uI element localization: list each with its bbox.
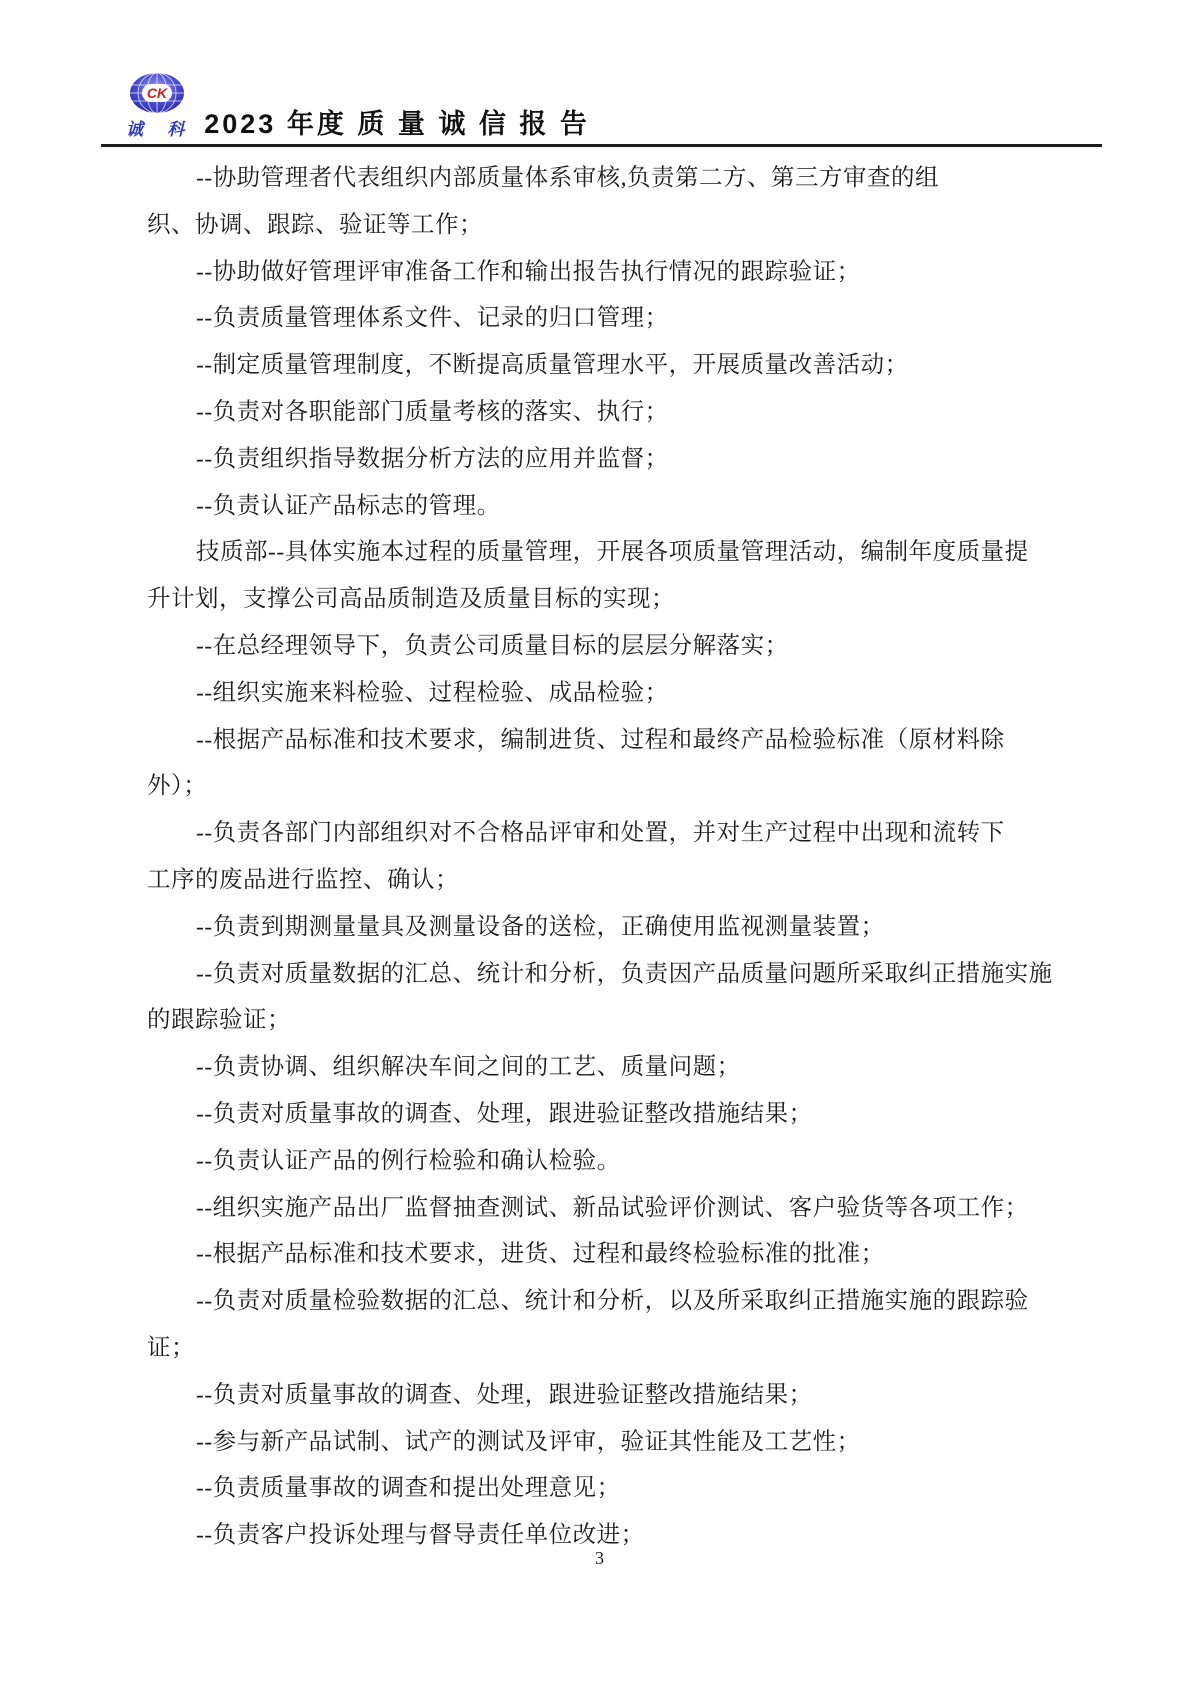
body-line: 工序的废品进行监控、确认； bbox=[147, 857, 1161, 904]
body-line: --负责对质量事故的调查、处理，跟进验证整改措施结果； bbox=[147, 1372, 1161, 1419]
body-line: --负责质量事故的调查和提出处理意见； bbox=[147, 1465, 1161, 1512]
body-line: 技质部--具体实施本过程的质量管理，开展各项质量管理活动，编制年度质量提 bbox=[147, 529, 1161, 576]
logo-company-name: 诚 科 bbox=[120, 115, 194, 140]
body-line: --根据产品标准和技术要求，编制进货、过程和最终产品检验标准（原材料除 bbox=[147, 717, 1161, 764]
page-header: CK 诚 科 2023 年度 质 量 诚 信 报 告 bbox=[120, 72, 590, 140]
body-line: --根据产品标准和技术要求，进货、过程和最终检验标准的批准； bbox=[147, 1231, 1161, 1278]
body-line: 的跟踪验证； bbox=[147, 997, 1161, 1044]
body-line: 织、协调、跟踪、验证等工作； bbox=[147, 202, 1161, 249]
globe-ck-logo-icon: CK bbox=[129, 72, 185, 114]
body-line: 外）； bbox=[147, 763, 1161, 810]
body-line: --负责认证产品的例行检验和确认检验。 bbox=[147, 1138, 1161, 1185]
body-line: 证； bbox=[147, 1325, 1161, 1372]
body-text: --协助管理者代表组织内部质量体系审核,负责第二方、第三方审查的组织、协调、跟踪… bbox=[147, 155, 1161, 1559]
body-line: --组织实施来料检验、过程检验、成品检验； bbox=[147, 670, 1161, 717]
body-line: --在总经理领导下，负责公司质量目标的层层分解落实； bbox=[147, 623, 1161, 670]
page-number: 3 bbox=[595, 1548, 604, 1568]
body-line: --负责质量管理体系文件、记录的归口管理； bbox=[147, 295, 1161, 342]
body-line: --负责各部门内部组织对不合格品评审和处置，并对生产过程中出现和流转下 bbox=[147, 810, 1161, 857]
body-line: --负责认证产品标志的管理。 bbox=[147, 483, 1161, 530]
page-footer: 3 bbox=[0, 1548, 1199, 1569]
document-page: CK 诚 科 2023 年度 质 量 诚 信 报 告 --协助管理者代表组织内部… bbox=[0, 0, 1199, 1696]
body-line: --负责到期测量量具及测量设备的送检，正确使用监视测量装置； bbox=[147, 904, 1161, 951]
body-line: 升计划，支撑公司高品质制造及质量目标的实现； bbox=[147, 576, 1161, 623]
body-line: --负责协调、组织解决车间之间的工艺、质量问题； bbox=[147, 1044, 1161, 1091]
body-line: --组织实施产品出厂监督抽查测试、新品试验评价测试、客户验货等各项工作； bbox=[147, 1185, 1161, 1232]
body-line: --负责对质量事故的调查、处理，跟进验证整改措施结果； bbox=[147, 1091, 1161, 1138]
body-line: --负责对各职能部门质量考核的落实、执行； bbox=[147, 389, 1161, 436]
page-title: 2023 年度 质 量 诚 信 报 告 bbox=[204, 111, 590, 140]
body-line: --参与新产品试制、试产的测试及评审，验证其性能及工艺性； bbox=[147, 1419, 1161, 1466]
logo-mark-text: CK bbox=[147, 85, 168, 101]
body-line: --负责对质量数据的汇总、统计和分析，负责因产品质量问题所采取纠正措施实施 bbox=[147, 951, 1161, 998]
company-logo: CK 诚 科 bbox=[120, 72, 194, 140]
body-line: --制定质量管理制度，不断提高质量管理水平，开展质量改善活动； bbox=[147, 342, 1161, 389]
body-line: --协助做好管理评审准备工作和输出报告执行情况的跟踪验证； bbox=[147, 249, 1161, 296]
body-line: --协助管理者代表组织内部质量体系审核,负责第二方、第三方审查的组 bbox=[147, 155, 1161, 202]
body-line: --负责对质量检验数据的汇总、统计和分析，以及所采取纠正措施实施的跟踪验 bbox=[147, 1278, 1161, 1325]
header-divider bbox=[101, 144, 1102, 147]
body-line: --负责组织指导数据分析方法的应用并监督； bbox=[147, 436, 1161, 483]
